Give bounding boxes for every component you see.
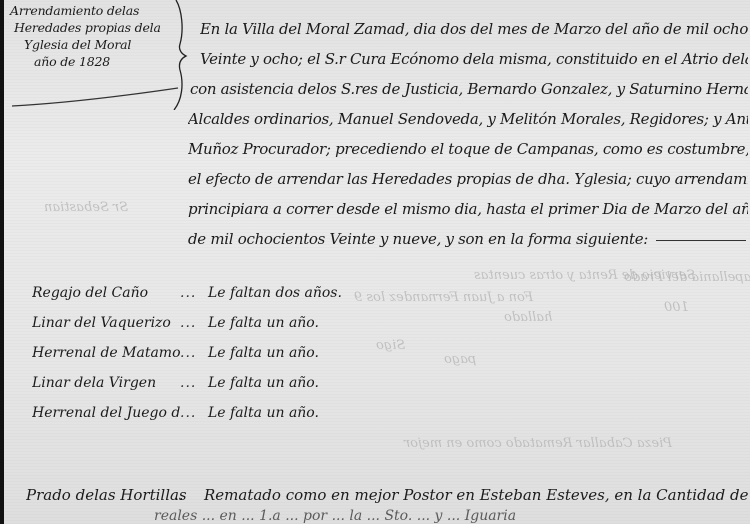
- underline-flourish-icon: [10, 86, 180, 110]
- bleed-through-text: pago: [444, 352, 476, 367]
- lease-status: Le falta un año.: [208, 338, 352, 368]
- bleed-through-text: Sigo: [376, 338, 405, 353]
- body-line: el efecto de arrendar las Heredades prop…: [188, 164, 748, 194]
- lease-status: Le falta un año.: [208, 368, 352, 398]
- leader-dots: ...: [180, 398, 208, 428]
- margin-note-line: Yglesia del Moral: [24, 36, 170, 53]
- bleed-through-text: Sr Sebastian: [44, 200, 128, 215]
- body-line-text: de mil ochocientos Veinte y nueve, y son…: [188, 230, 648, 248]
- body-paragraph: En la Villa del Moral Zamad, dia dos del…: [200, 14, 748, 254]
- leader-dots: ...: [180, 308, 208, 338]
- body-line: con asistencia delos S.res de Justicia, …: [190, 74, 748, 104]
- margin-note-line: Arrendamiento delas: [10, 2, 170, 19]
- bleed-through-text: 100: [664, 300, 689, 315]
- leader-dots: ..: [174, 480, 204, 510]
- margin-note-line: año de 1828: [34, 53, 170, 70]
- manuscript-page: Servicio de Renta y otras cuentas Fon a …: [4, 0, 750, 524]
- bleed-through-text: hallado: [504, 310, 552, 325]
- property-list: Regajo del Caño ... Le faltan dos años. …: [32, 278, 352, 428]
- body-line: En la Villa del Moral Zamad, dia dos del…: [200, 14, 748, 44]
- body-line: Veinte y ocho; el S.r Cura Ecónomo dela …: [200, 44, 748, 74]
- bleed-through-text: Pieza Caballar Rematado como en mejor: [404, 436, 672, 451]
- lease-status: Le falta un año.: [208, 308, 352, 338]
- auction-entry: Prado delas Hortillas..Rematado como en …: [26, 480, 750, 510]
- bleed-through-text: capellania del Prado: [624, 270, 750, 285]
- margin-note: Arrendamiento delas Heredades propias de…: [10, 2, 170, 70]
- property-name: Linar dela Virgen: [32, 368, 180, 398]
- lease-status: Le faltan dos años.: [208, 278, 352, 308]
- property-name: Herrenal de Matamoros: [32, 338, 180, 368]
- body-line: Muñoz Procurador; precediendo el toque d…: [188, 134, 748, 164]
- property-name: Prado delas Hortillas: [26, 480, 174, 510]
- list-item: Linar del Vaquerizo ... Le falta un año.: [32, 308, 352, 338]
- leader-dots: ...: [180, 338, 208, 368]
- list-item: Regajo del Caño ... Le faltan dos años.: [32, 278, 352, 308]
- property-name: Regajo del Caño: [32, 278, 180, 308]
- leader-dots: ...: [180, 278, 208, 308]
- list-item: Herrenal de Matamoros ... Le falta un añ…: [32, 338, 352, 368]
- margin-note-line: Heredades propias dela: [14, 19, 170, 36]
- body-line: principiara a correr desde el mismo dia,…: [188, 194, 748, 224]
- auction-text: Rematado como en mejor Postor en Esteban…: [204, 486, 750, 504]
- lease-status: Le falta un año.: [208, 398, 352, 428]
- body-line: Alcaldes ordinarios, Manuel Sendoveda, y…: [188, 104, 748, 134]
- cut-off-line: reales ... en ... 1.a ... por ... la ...…: [154, 508, 750, 524]
- body-line: de mil ochocientos Veinte y nueve, y son…: [188, 224, 748, 254]
- line-filler-dash: [656, 240, 746, 241]
- bleed-through-text: Fon a Juan Fernandez los 9: [354, 290, 533, 305]
- property-name: Herrenal del Juego de Pelota: [32, 398, 180, 428]
- leader-dots: ...: [180, 368, 208, 398]
- property-name: Linar del Vaquerizo: [32, 308, 180, 338]
- list-item: Linar dela Virgen ... Le falta un año.: [32, 368, 352, 398]
- list-item: Herrenal del Juego de Pelota ... Le falt…: [32, 398, 352, 428]
